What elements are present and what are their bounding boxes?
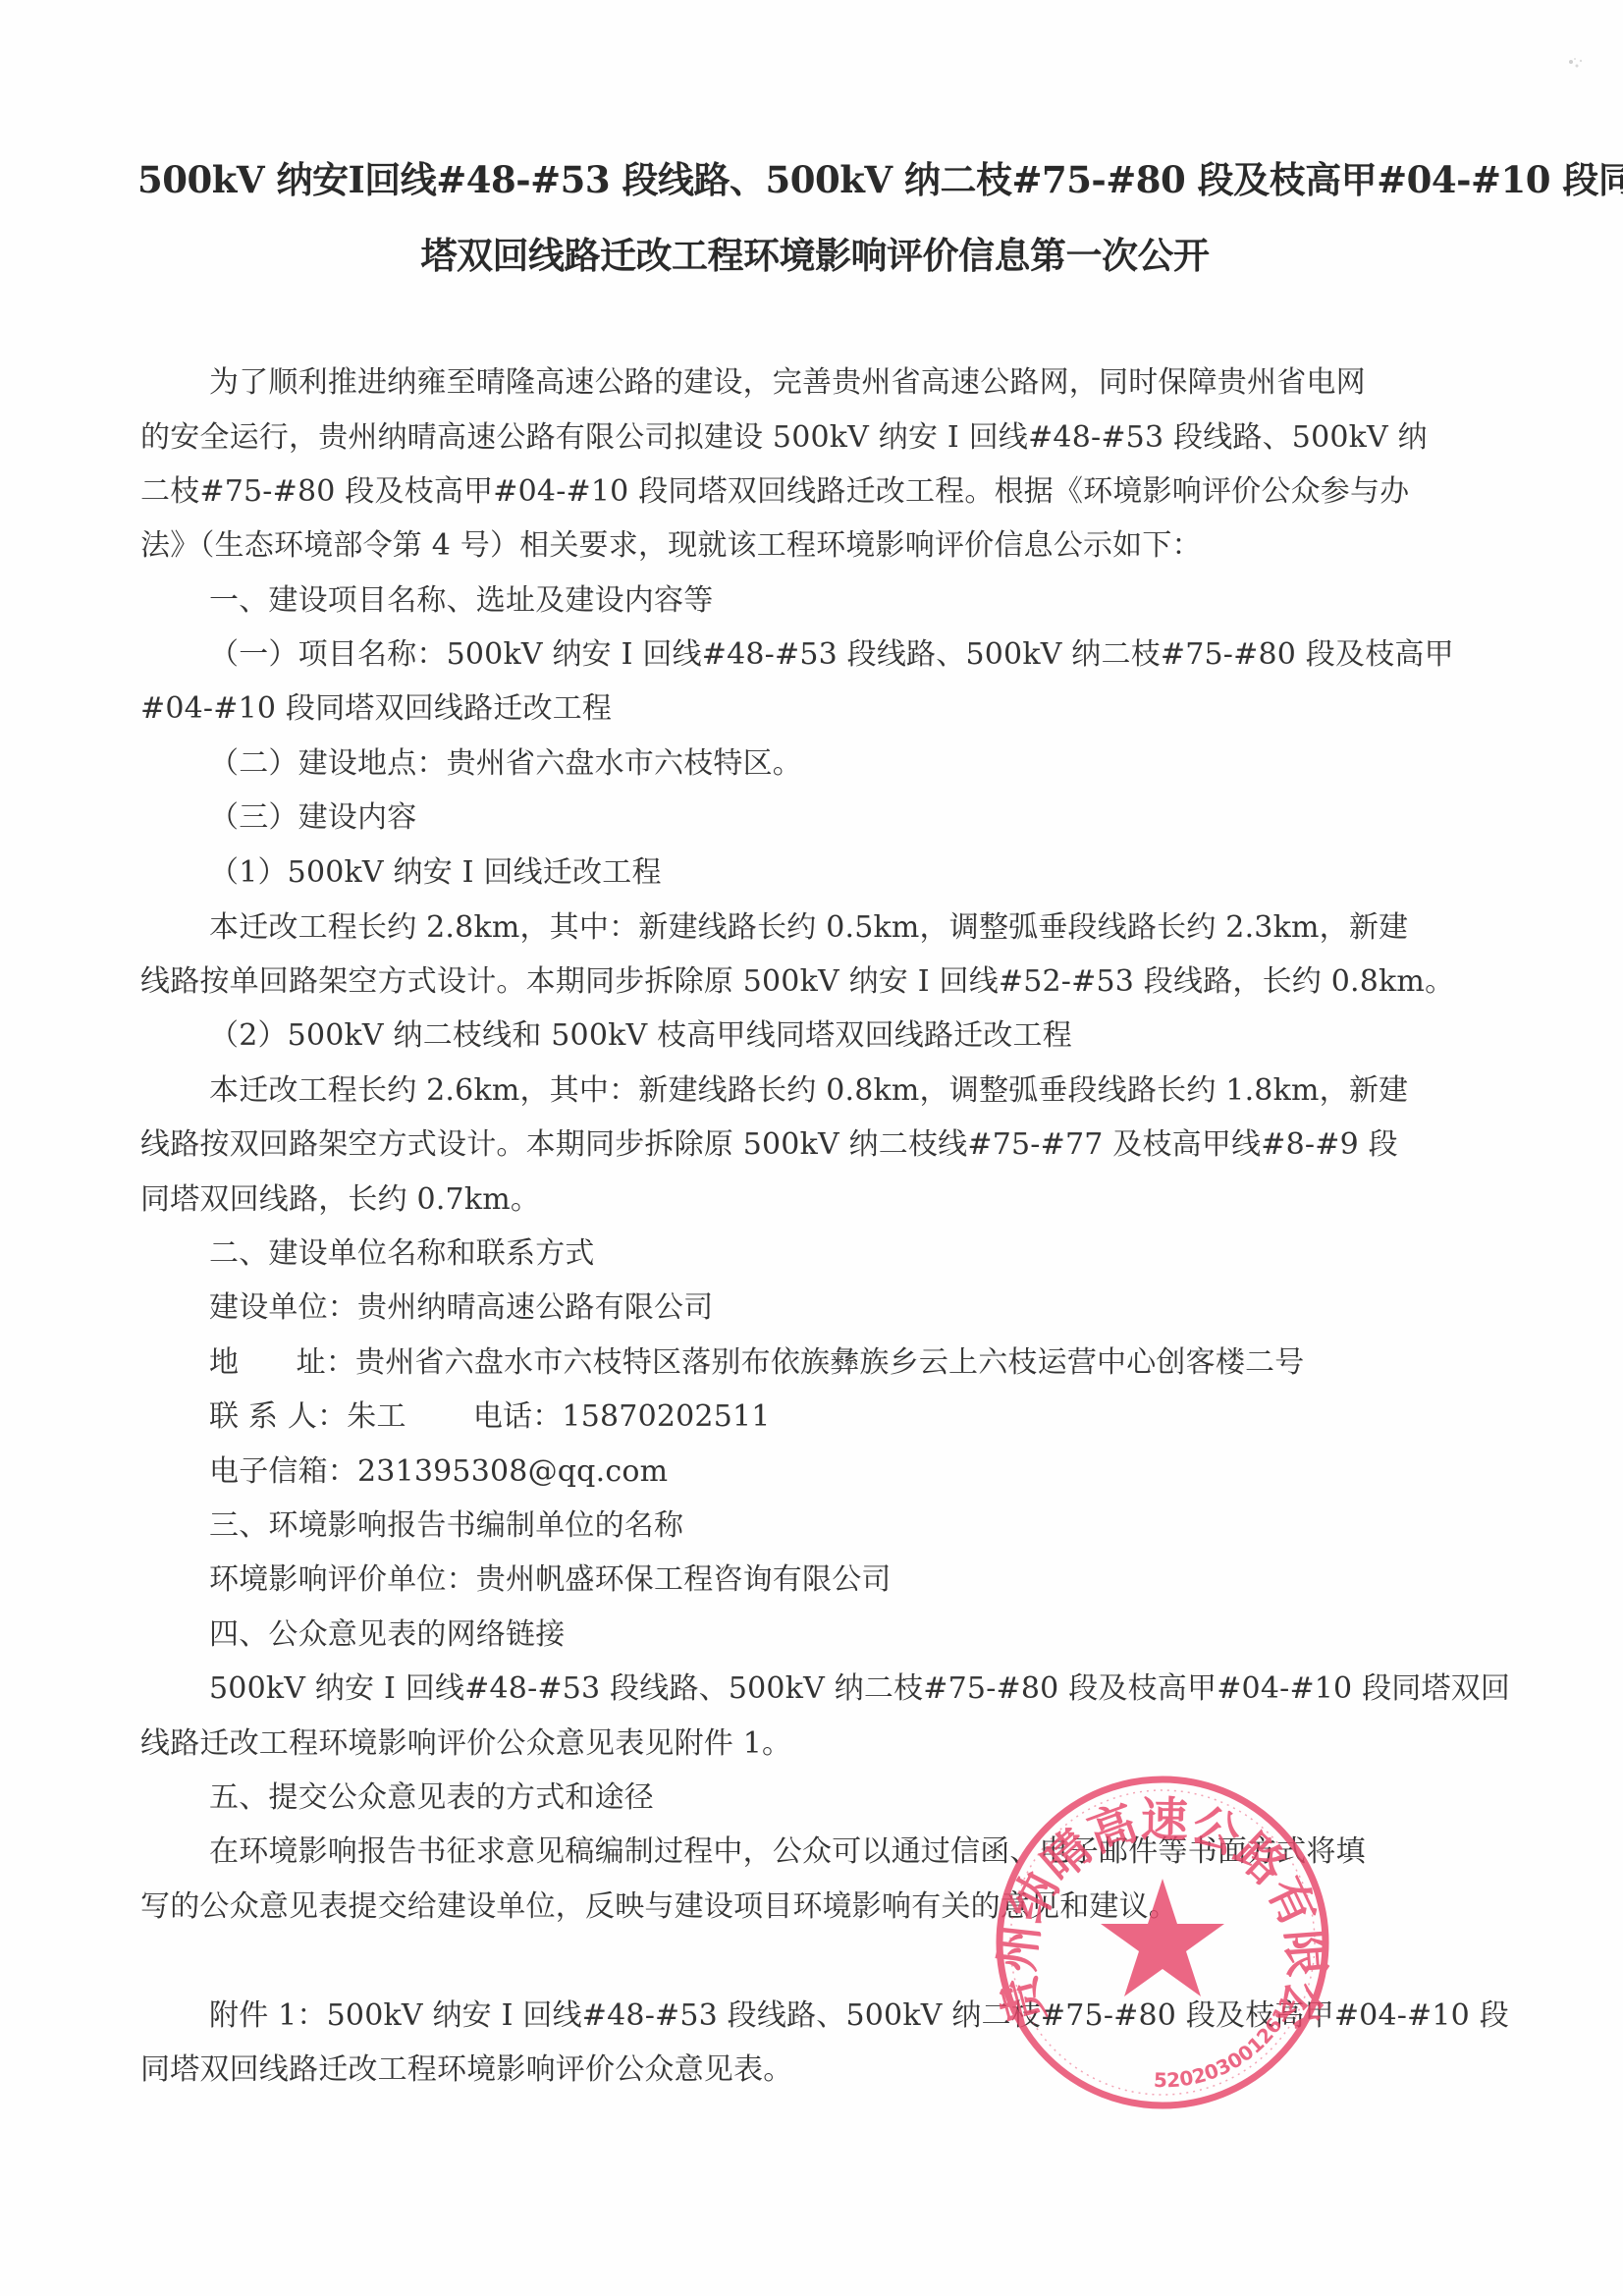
intro-line-3: 二枝#75-#80 段及枝高甲#04-#10 段同塔双回线路迁改工程。根据《环境… <box>140 474 1409 510</box>
section-2-heading: 二、建设单位名称和联系方式 <box>209 1236 595 1272</box>
intro-line-4: 法》（生态环境部令第 4 号）相关要求，现就该工程环境影响评价信息公示如下： <box>140 528 1202 564</box>
section-4-heading: 四、公众意见表的网络链接 <box>209 1617 565 1653</box>
eia-unit: 环境影响评价单位：贵州帆盛环保工程咨询有限公司 <box>209 1562 892 1598</box>
project-location: （二）建设地点：贵州省六盘水市六枝特区。 <box>209 746 802 782</box>
construction-unit: 建设单位：贵州纳晴高速公路有限公司 <box>209 1290 713 1326</box>
attachment-line-2: 同塔双回线路迁改工程环境影响评价公众意见表。 <box>140 2052 792 2088</box>
intro-line-1: 为了顺利推进纳雍至晴隆高速公路的建设，完善贵州省高速公路网，同时保障贵州省电网 <box>209 365 1366 401</box>
content-heading: （三）建设内容 <box>209 800 416 836</box>
item-1-line-1: 本迁改工程长约 2.8km，其中：新建线路长约 0.5km，调整弧垂段线路长约 … <box>209 910 1408 946</box>
section-4-line-1: 500kV 纳安 I 回线#48-#53 段线路、500kV 纳二枝#75-#8… <box>209 1671 1510 1707</box>
document-page: 500kV 纳安I回线#48-#53 段线路、500kV 纳二枝#75-#80 … <box>0 0 1623 2296</box>
item-1-heading: （1）500kV 纳安 I 回线迁改工程 <box>209 855 662 891</box>
intro-line-2: 的安全运行，贵州纳晴高速公路有限公司拟建设 500kV 纳安 I 回线#48-#… <box>140 420 1428 456</box>
document-title-line-2: 塔双回线路迁改工程环境影响评价信息第一次公开 <box>137 226 1492 279</box>
item-1-line-2: 线路按单回路架空方式设计。本期同步拆除原 500kV 纳安 I 回线#52-#5… <box>140 964 1454 1000</box>
section-5-line-1: 在环境影响报告书征求意见稿编制过程中，公众可以通过信函、电子邮件等书面方式将填 <box>209 1834 1366 1870</box>
item-2-line-3: 同塔双回线路，长约 0.7km。 <box>140 1182 540 1218</box>
document-title-line-1: 500kV 纳安I回线#48-#53 段线路、500kV 纳二枝#75-#80 … <box>137 150 1492 203</box>
section-3-heading: 三、环境影响报告书编制单位的名称 <box>209 1508 683 1544</box>
contact-email: 电子信箱：231395308@qq.com <box>209 1454 668 1490</box>
project-name-line-2: #04-#10 段同塔双回线路迁改工程 <box>140 691 612 727</box>
contact-person-phone: 联 系 人：朱工 电话：15870202511 <box>209 1399 771 1435</box>
attachment-line-1: 附件 1：500kV 纳安 I 回线#48-#53 段线路、500kV 纳二枝#… <box>209 1998 1509 2034</box>
section-5-line-2: 写的公众意见表提交给建设单位，反映与建设项目环境影响有关的意见和建议。 <box>140 1889 1178 1925</box>
project-name-line-1: （一）项目名称：500kV 纳安 I 回线#48-#53 段线路、500kV 纳… <box>209 637 1454 673</box>
item-2-line-1: 本迁改工程长约 2.6km，其中：新建线路长约 0.8km，调整弧垂段线路长约 … <box>209 1073 1408 1109</box>
company-seal-stamp: 贵州纳晴高速公路有限公司 5202030012611 <box>993 1773 1332 2112</box>
scan-speckle <box>1561 54 1591 74</box>
section-1-heading: 一、建设项目名称、选址及建设内容等 <box>209 583 713 619</box>
item-2-line-2: 线路按双回路架空方式设计。本期同步拆除原 500kV 纳二枝线#75-#77 及… <box>140 1127 1398 1163</box>
unit-address: 地 址：贵州省六盘水市六枝特区落别布依族彝族乡云上六枝运营中心创客楼二号 <box>209 1345 1304 1381</box>
section-5-heading: 五、提交公众意见表的方式和途径 <box>209 1780 654 1816</box>
section-4-line-2: 线路迁改工程环境影响评价公众意见表见附件 1。 <box>140 1726 791 1762</box>
item-2-heading: （2）500kV 纳二枝线和 500kV 枝高甲线同塔双回线路迁改工程 <box>209 1018 1072 1054</box>
